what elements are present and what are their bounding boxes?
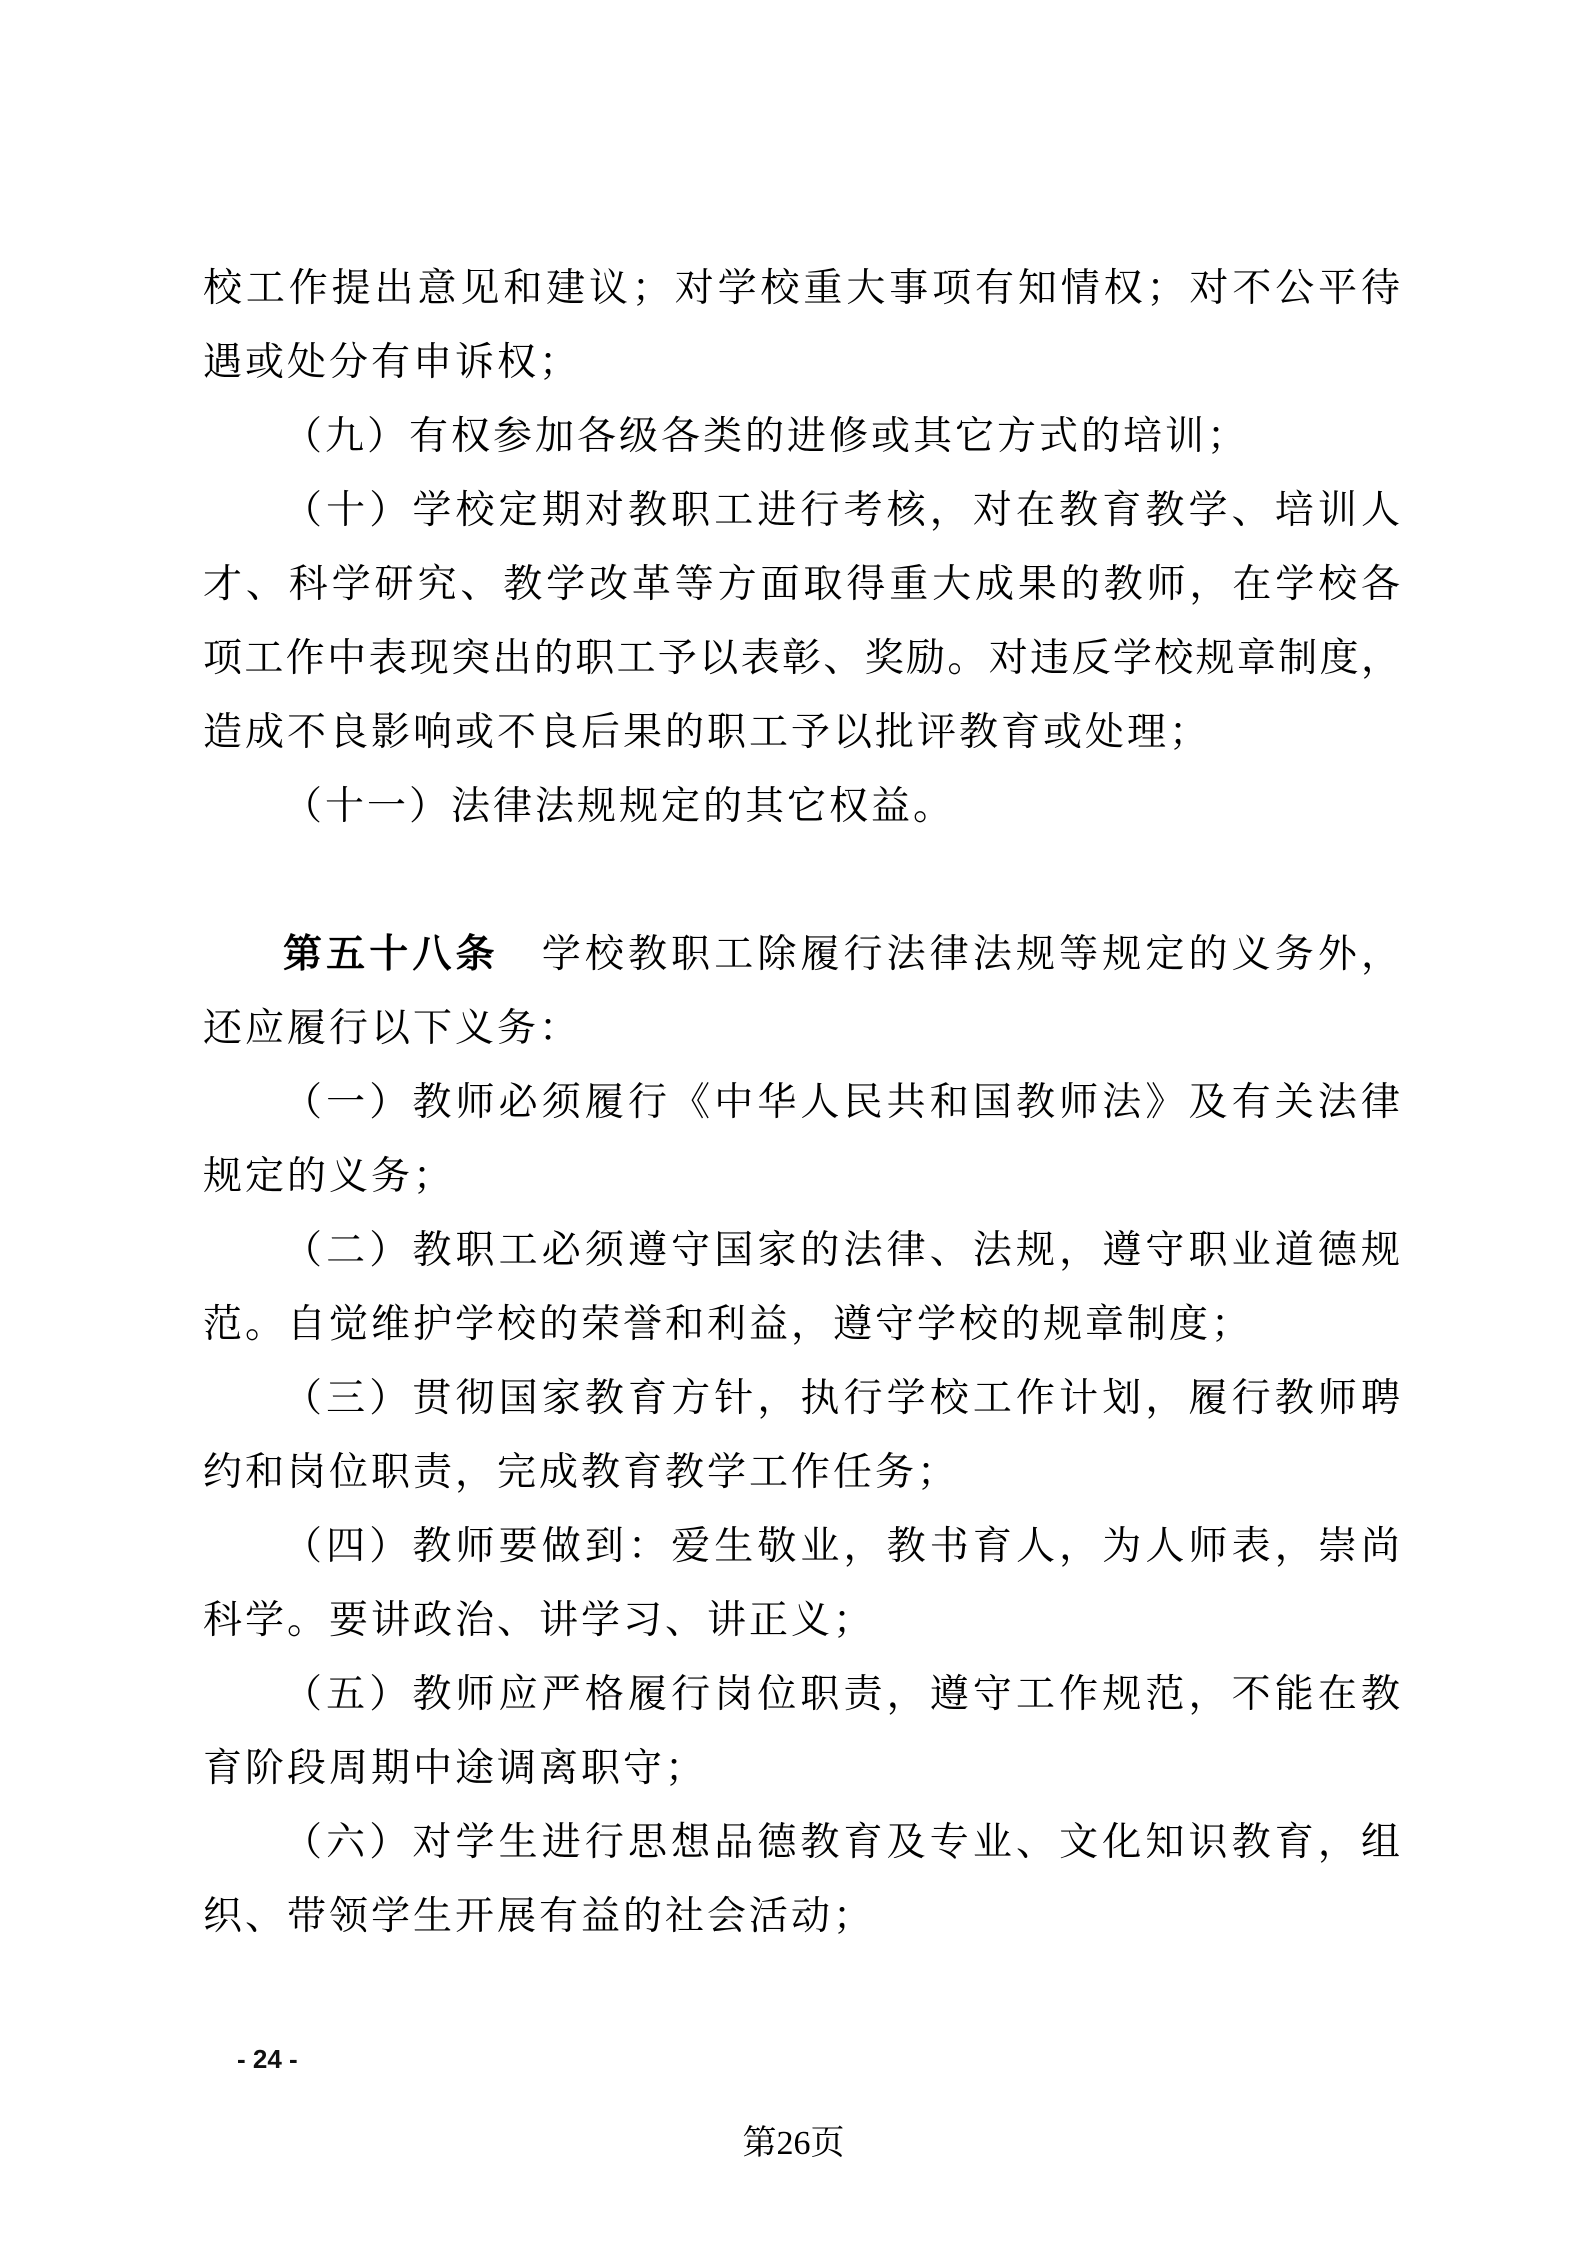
article-number-bold: 第五十八条	[283, 933, 499, 976]
body-line: （四）教师要做到：爱生敬业，教书育人，为人师表，崇尚	[203, 1510, 1400, 1584]
body-line: （十）学校定期对教职工进行考核，对在教育教学、培训人	[203, 474, 1400, 548]
article-heading-text: 学校教职工除履行法律法规等规定的义务外，	[499, 933, 1400, 976]
body-line: 织、带领学生开展有益的社会活动；	[203, 1880, 1400, 1954]
body-line: （五）教师应严格履行岗位职责，遵守工作规范，不能在教	[203, 1658, 1400, 1732]
body-line: 遇或处分有申诉权；	[203, 326, 1400, 400]
body-line: 规定的义务；	[203, 1140, 1400, 1214]
body-line: 范。自觉维护学校的荣誉和利益，遵守学校的规章制度；	[203, 1288, 1400, 1362]
footer-page-number-left: - 24 -	[237, 2044, 298, 2074]
body-line: 育阶段周期中途调离职守；	[203, 1732, 1400, 1806]
body-line: 还应履行以下义务：	[203, 992, 1400, 1066]
body-line: （二）教职工必须遵守国家的法律、法规，遵守职业道德规	[203, 1214, 1400, 1288]
body-line: （九）有权参加各级各类的进修或其它方式的培训；	[203, 400, 1400, 474]
body-line: 造成不良影响或不良后果的职工予以批评教育或处理；	[203, 696, 1400, 770]
body-line: 校工作提出意见和建议；对学校重大事项有知情权；对不公平待	[203, 252, 1400, 326]
body-line-article-heading: 第五十八条 学校教职工除履行法律法规等规定的义务外，	[203, 918, 1400, 992]
body-blank-line	[203, 844, 1400, 918]
document-text-block: 校工作提出意见和建议；对学校重大事项有知情权；对不公平待 遇或处分有申诉权； （…	[203, 252, 1400, 1954]
footer-page-number-center: 第26页	[0, 2124, 1587, 2164]
document-page: 校工作提出意见和建议；对学校重大事项有知情权；对不公平待 遇或处分有申诉权； （…	[0, 0, 1587, 2245]
body-line: （六）对学生进行思想品德教育及专业、文化知识教育，组	[203, 1806, 1400, 1880]
body-line: （十一）法律法规规定的其它权益。	[203, 770, 1400, 844]
body-line: 约和岗位职责，完成教育教学工作任务；	[203, 1436, 1400, 1510]
body-line: 项工作中表现突出的职工予以表彰、奖励。对违反学校规章制度，	[203, 622, 1400, 696]
body-line: 科学。要讲政治、讲学习、讲正义；	[203, 1584, 1400, 1658]
body-line: 才、科学研究、教学改革等方面取得重大成果的教师，在学校各	[203, 548, 1400, 622]
body-line: （三）贯彻国家教育方针，执行学校工作计划，履行教师聘	[203, 1362, 1400, 1436]
body-line: （一）教师必须履行《中华人民共和国教师法》及有关法律	[203, 1066, 1400, 1140]
